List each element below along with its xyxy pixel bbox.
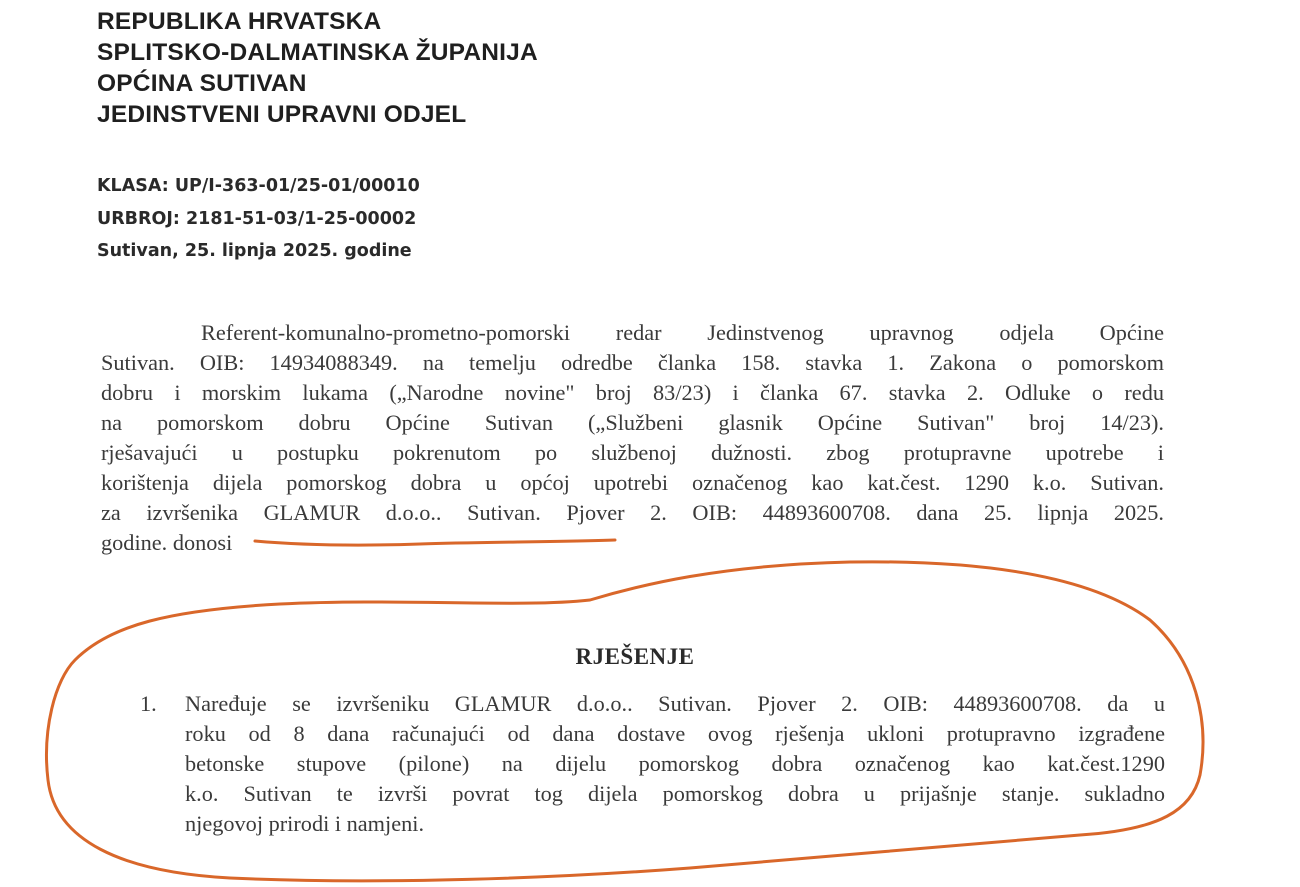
header-line-county: SPLITSKO-DALMATINSKA ŽUPANIJA: [97, 37, 538, 68]
document-reference-block: KLASA: UP/I-363-01/25-01/00010 URBROJ: 2…: [97, 170, 420, 268]
intro-line: na pomorskom dobru Općine Sutivan („Služ…: [101, 408, 1164, 438]
intro-line: korištenja dijela pomorskog dobra u općo…: [101, 468, 1164, 498]
intro-line: dobru i morskim lukama („Narodne novine"…: [101, 378, 1164, 408]
decision-item: 1. Naređuje se izvršeniku GLAMUR d.o.o..…: [140, 688, 1165, 838]
decision-item-number: 1.: [140, 688, 157, 719]
intro-paragraph: Referent-komunalno-prometno-pomorski red…: [101, 318, 1164, 558]
decision-title: RJEŠENJE: [0, 644, 1270, 670]
decision-line: Naređuje se izvršeniku GLAMUR d.o.o.. Su…: [185, 688, 1165, 718]
decision-line: roku od 8 dana računajući od dana dostav…: [185, 718, 1165, 748]
header-line-municipality: OPĆINA SUTIVAN: [97, 68, 538, 99]
header-line-department: JEDINSTVENI UPRAVNI ODJEL: [97, 99, 538, 130]
decision-line: betonske stupove (pilone) na dijelu pomo…: [185, 748, 1165, 778]
intro-line: godine. donosi: [101, 528, 1164, 558]
decision-line: njegovoj prirodi i namjeni.: [185, 808, 1165, 838]
decision-item-text: Naređuje se izvršeniku GLAMUR d.o.o.. Su…: [185, 688, 1165, 838]
intro-line: rješavajući u postupku pokrenutom po slu…: [101, 438, 1164, 468]
decision-line: k.o. Sutivan te izvrši povrat tog dijela…: [185, 778, 1165, 808]
urbroj-number: URBROJ: 2181-51-03/1-25-00002: [97, 203, 420, 236]
issuing-authority-header: REPUBLIKA HRVATSKA SPLITSKO-DALMATINSKA …: [97, 6, 538, 130]
respondent-prefix: za izvršenika: [101, 500, 264, 525]
respondent-suffix: 2. OIB: 44893600708. dana 25. lipnja 202…: [625, 500, 1164, 525]
respondent-name-underlined: GLAMUR d.o.o.. Sutivan. Pjover: [264, 500, 625, 525]
header-line-country: REPUBLIKA HRVATSKA: [97, 6, 538, 37]
klasa-number: KLASA: UP/I-363-01/25-01/00010: [97, 170, 420, 203]
intro-line: Referent-komunalno-prometno-pomorski red…: [101, 318, 1164, 348]
place-and-date: Sutivan, 25. lipnja 2025. godine: [97, 235, 420, 268]
intro-line: Sutivan. OIB: 14934088349. na temelju od…: [101, 348, 1164, 378]
intro-line-respondent: za izvršenika GLAMUR d.o.o.. Sutivan. Pj…: [101, 498, 1164, 528]
